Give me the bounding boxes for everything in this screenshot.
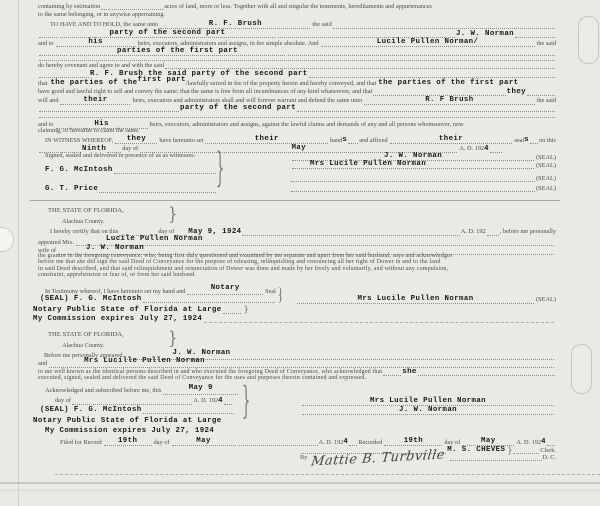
form-text: A. D. 192 bbox=[461, 228, 486, 235]
dotted-blank bbox=[143, 408, 234, 414]
typed-parties: the parties of the bbox=[50, 79, 137, 87]
typed-grantor-name: Lucile Pullen Norman/ bbox=[377, 38, 479, 46]
notary-title-line: Notary Public State of Florida at Large … bbox=[33, 306, 283, 314]
typed-appearer-name: Lucile Pullen Norman bbox=[106, 235, 203, 243]
punch-hole-top-right bbox=[578, 16, 599, 64]
typed-recorded-month: May bbox=[481, 437, 496, 445]
form-text: do hereby covenant and agree to and with… bbox=[38, 62, 164, 69]
dotted-blank bbox=[101, 4, 163, 10]
dotted-blank bbox=[291, 176, 535, 182]
typed-commission-expiry: My Commission expires July 27, 1924 bbox=[33, 315, 202, 323]
dotted-blank: Mrs Lucile Pullen Norman bbox=[297, 295, 534, 304]
dotted-blank bbox=[291, 186, 535, 192]
dotted-blank: May 9 bbox=[163, 386, 238, 395]
binding-edge-line bbox=[18, 0, 19, 506]
venue-line: Alachua County. bbox=[62, 342, 104, 349]
typed-grantee-name: R. F Brush bbox=[425, 96, 473, 104]
notary-brace: } bbox=[244, 306, 249, 313]
typed-notary-title: Notary Public State of Florida at Large bbox=[33, 417, 222, 425]
typed-commission-expiry: My Commission expires July 27, 1924 bbox=[45, 427, 214, 435]
signature-line: (SEAL) bbox=[290, 185, 556, 192]
form-text: Filed for Record bbox=[60, 439, 102, 446]
seal-label: (SEAL) bbox=[536, 162, 556, 169]
page-edge-faint-line bbox=[0, 490, 600, 491]
typed-notary-signature: (SEAL) F. G. McIntosh bbox=[40, 295, 142, 303]
form-line: have good and lawful right to sell and c… bbox=[38, 88, 556, 96]
form-line: TO HAVE AND TO HOLD, the same unto R. F.… bbox=[50, 20, 556, 29]
typed-year-digit: 4 bbox=[541, 438, 546, 446]
notary-brace: } bbox=[278, 295, 283, 302]
dotted-blank: J. W. Norman bbox=[302, 406, 554, 415]
venue-line: Alachua County. bbox=[62, 218, 104, 225]
form-text: Acknowledged and subscribed before me, t… bbox=[45, 387, 161, 394]
form-line: Acknowledged and subscribed before me, t… bbox=[45, 386, 240, 395]
typed-filed-month: May bbox=[196, 437, 211, 445]
dotted-blank bbox=[224, 399, 232, 405]
document-page: containing by estimation acres of land, … bbox=[0, 0, 600, 506]
form-text: , before me personally bbox=[500, 228, 556, 235]
form-text: the said bbox=[312, 21, 331, 28]
dotted-blank bbox=[242, 230, 459, 236]
form-text: day of bbox=[55, 397, 71, 404]
section-divider bbox=[30, 200, 560, 201]
commission-line: My Commission expires July 27, 1924 bbox=[33, 315, 556, 323]
dotted-blank bbox=[450, 455, 541, 461]
typed-party-designation: party of the second part bbox=[109, 29, 225, 37]
dotted-blank bbox=[99, 187, 216, 193]
dotted-blank bbox=[278, 32, 455, 38]
typed-parties: the parties of the first part bbox=[378, 79, 518, 87]
typed-clerk-name: M. S. CHEVES bbox=[447, 446, 505, 454]
venue-brace: } bbox=[168, 330, 178, 347]
dotted-blank bbox=[143, 297, 275, 303]
form-line: day of A. D. 192 4 bbox=[55, 397, 233, 405]
dotted-blank bbox=[39, 55, 555, 61]
typed-year-digit: 4 bbox=[218, 397, 223, 405]
form-line: that the parties of the first part /lawf… bbox=[38, 79, 558, 87]
typed-year-digit: 4 bbox=[343, 438, 348, 446]
notary-signature-line: (SEAL) F. G. McIntosh bbox=[40, 406, 235, 414]
clerk-label: Clerk. bbox=[540, 447, 556, 454]
typed-party-designation: parties of the first part bbox=[117, 47, 238, 55]
form-text: Signed, sealed and delivered in presence… bbox=[45, 152, 195, 159]
typed-signature-lucile-norman: Mrs Lucile Pullen Norman bbox=[358, 295, 474, 303]
form-line: and Mrs Lucille Pullen Norman bbox=[38, 359, 556, 368]
dotted-blank bbox=[165, 63, 555, 69]
signature-line: J. W. Norman bbox=[300, 406, 556, 415]
form-text: TO HAVE AND TO HOLD, the same unto bbox=[50, 21, 158, 28]
dashed-blank bbox=[204, 317, 554, 323]
form-text: to the same belonging, or in anywise app… bbox=[38, 11, 165, 18]
typed-date: May 9 bbox=[189, 384, 213, 392]
typed-notary-signature: (SEAL) F. G. McIntosh bbox=[40, 406, 142, 414]
typed-signature-jw-norman: J. W. Norman bbox=[399, 406, 457, 414]
form-text: A. D. 192 bbox=[193, 397, 218, 404]
page-edge-line bbox=[0, 482, 600, 484]
typed-notary-title: Notary Public State of Florida at Large bbox=[33, 306, 222, 314]
form-text: have good and lawful right to sell and c… bbox=[38, 88, 372, 95]
form-text: Alachua County. bbox=[62, 218, 104, 225]
witness-signature-line: G. T. Price bbox=[45, 185, 217, 193]
dotted-blank bbox=[487, 230, 499, 236]
form-line: executed, signed, sealed and delivered t… bbox=[38, 375, 556, 382]
dotted-blank bbox=[114, 168, 216, 174]
form-text: seal bbox=[514, 137, 524, 144]
punch-hole-bottom-left bbox=[0, 227, 14, 252]
form-line bbox=[38, 112, 556, 118]
form-line: to the same belonging, or in anywise app… bbox=[38, 11, 556, 18]
signature-line: Mrs Lucile Pullen Norman (SEAL) bbox=[295, 295, 556, 304]
form-text: constraint, apprehension or fear of, or … bbox=[38, 272, 196, 279]
form-text: day of bbox=[154, 439, 170, 446]
clerk-brace: } bbox=[507, 447, 512, 454]
dotted-blank: R. F. Brush bbox=[160, 20, 310, 29]
form-text: Alachua County. bbox=[62, 342, 104, 349]
dotted-blank: party of the second part bbox=[60, 29, 275, 38]
form-line: R. F. Brush the said party of the second… bbox=[38, 70, 556, 78]
notary-signature-line: (SEAL) F. G. McIntosh } bbox=[40, 295, 283, 303]
venue-line: THE STATE OF FLORIDA, bbox=[48, 207, 124, 214]
form-text: A. D. 192 bbox=[516, 439, 541, 446]
typed-pronoun: they bbox=[507, 88, 526, 96]
signature-line: (SEAL) bbox=[290, 175, 556, 182]
form-text: containing by estimation bbox=[38, 3, 100, 10]
typed-witness-mcintosh: F. G. McIntosh bbox=[45, 166, 113, 174]
typed-covenantee: R. F. Brush the said party of the second… bbox=[90, 70, 308, 78]
form-text: that bbox=[38, 80, 47, 87]
dotted-blank: Mrs Lucille Pullen Norman bbox=[49, 359, 554, 368]
dotted-blank: May bbox=[172, 437, 236, 446]
witness-signature-line: F. G. McIntosh bbox=[45, 166, 217, 174]
typed-witness-price: G. T. Price bbox=[45, 185, 98, 193]
form-text: A. D. 192 bbox=[319, 439, 344, 446]
dotted-blank: Mrs Lucile Pullen Norman bbox=[302, 397, 554, 406]
dotted-blank bbox=[39, 112, 555, 118]
scanned-deed-document: { "misc": { "brace": "}", "seal": "(SEAL… bbox=[0, 0, 600, 506]
typed-pronoun: they bbox=[127, 135, 146, 143]
typed-interlined-notary: Notary bbox=[211, 284, 240, 292]
deputy-clerk-label: D. C. bbox=[543, 454, 556, 461]
form-text: acres of land, more or less. Together wi… bbox=[164, 3, 432, 10]
dotted-blank bbox=[515, 32, 555, 38]
form-text: executed, signed, sealed and delivered t… bbox=[38, 375, 366, 382]
form-text: on this bbox=[539, 137, 556, 144]
dotted-blank: 19th bbox=[384, 437, 442, 446]
form-text: day of bbox=[444, 439, 460, 446]
dotted-blank: May bbox=[462, 437, 514, 446]
form-line bbox=[38, 55, 556, 61]
typed-signature-jw-norman: J. W. Norman bbox=[384, 152, 442, 160]
notary-title-line: Notary Public State of Florida at Large bbox=[33, 417, 243, 425]
typed-pronoun: their bbox=[439, 135, 463, 143]
typed-pronoun: their bbox=[255, 135, 279, 143]
commission-line: My Commission expires July 27, 1924 bbox=[45, 427, 265, 435]
dotted-blank bbox=[72, 399, 192, 405]
form-text: THE STATE OF FLORIDA, bbox=[48, 207, 124, 214]
typed-filed-day: 19th bbox=[118, 437, 137, 445]
notary-block-brace: } bbox=[242, 384, 250, 422]
typed-pronoun: his bbox=[88, 38, 103, 46]
typed-signature-lucile-norman: Mrs Lucile Pullen Norman bbox=[370, 397, 486, 405]
form-line: containing by estimation acres of land, … bbox=[38, 3, 556, 10]
dotted-blank bbox=[530, 138, 538, 144]
dotted-blank bbox=[39, 32, 57, 38]
typed-appearer-name: Mrs Lucille Pullen Norman bbox=[84, 357, 205, 365]
typed-appearer-name: J. W. Norman bbox=[173, 349, 231, 357]
punch-hole-mid-right bbox=[571, 344, 592, 394]
form-text: and bbox=[38, 360, 47, 367]
deputy-clerk-handwritten-signature: Mattie B. Turbville bbox=[311, 452, 446, 467]
typed-grantor-name: J. W. Norman bbox=[456, 30, 514, 38]
typed-signature-lucile-norman: Mrs Lucile Pullen Norman bbox=[310, 160, 426, 168]
witness-brace: } bbox=[216, 150, 224, 190]
form-text: By bbox=[300, 454, 307, 461]
dotted-blank: Mrs Lucile Pullen Norman bbox=[292, 160, 534, 169]
form-line: party of the second part J. W. Norman bbox=[38, 29, 556, 38]
seal-label: (SEAL) bbox=[536, 185, 556, 192]
form-text: claiming, or hereafter to claim the same… bbox=[38, 127, 140, 134]
dotted-blank: 19th bbox=[104, 437, 152, 446]
page-edge-dashed-line bbox=[55, 474, 600, 475]
typed-husband-name: J. W. Norman bbox=[86, 244, 144, 252]
typed-plural-s: s bbox=[524, 136, 529, 144]
typed-pronoun: their bbox=[83, 96, 107, 104]
attestation-line: Signed, sealed and delivered in presence… bbox=[45, 152, 217, 159]
form-text: THE STATE OF FLORIDA, bbox=[48, 331, 124, 338]
typed-month: May bbox=[291, 144, 306, 152]
typed-recorded-day: 19th bbox=[404, 437, 423, 445]
dotted-blank bbox=[223, 308, 241, 314]
form-line: constraint, apprehension or fear of, or … bbox=[38, 272, 338, 279]
venue-line: THE STATE OF FLORIDA, bbox=[48, 331, 124, 338]
venue-brace: } bbox=[168, 206, 178, 223]
seal-label: (SEAL) bbox=[536, 296, 556, 303]
form-line: party of the second part bbox=[38, 104, 556, 112]
form-line: claiming, or hereafter to claim the same… bbox=[38, 127, 556, 134]
filed-for-record-line: Filed for Record 19th day of May A. D. 1… bbox=[60, 437, 556, 446]
typed-interlined: first part bbox=[138, 76, 186, 84]
form-text: /lawfully seized in fee of the property … bbox=[186, 80, 376, 87]
deputy-clerk-line: By Mattie B. Turbville D. C. bbox=[300, 454, 556, 461]
form-line: do hereby covenant and agree to and with… bbox=[38, 62, 556, 69]
dotted-blank bbox=[309, 72, 555, 78]
seal-label: (SEAL) bbox=[536, 175, 556, 182]
signature-line: Mrs Lucile Pullen Norman (SEAL) bbox=[290, 160, 556, 169]
signature-line: Mrs Lucile Pullen Norman bbox=[300, 397, 556, 406]
dotted-blank bbox=[39, 72, 89, 78]
typed-party-designation: party of the second part bbox=[180, 104, 296, 112]
typed-grantee-name: R. F. Brush bbox=[209, 20, 262, 28]
form-text: Recorded bbox=[358, 439, 382, 446]
